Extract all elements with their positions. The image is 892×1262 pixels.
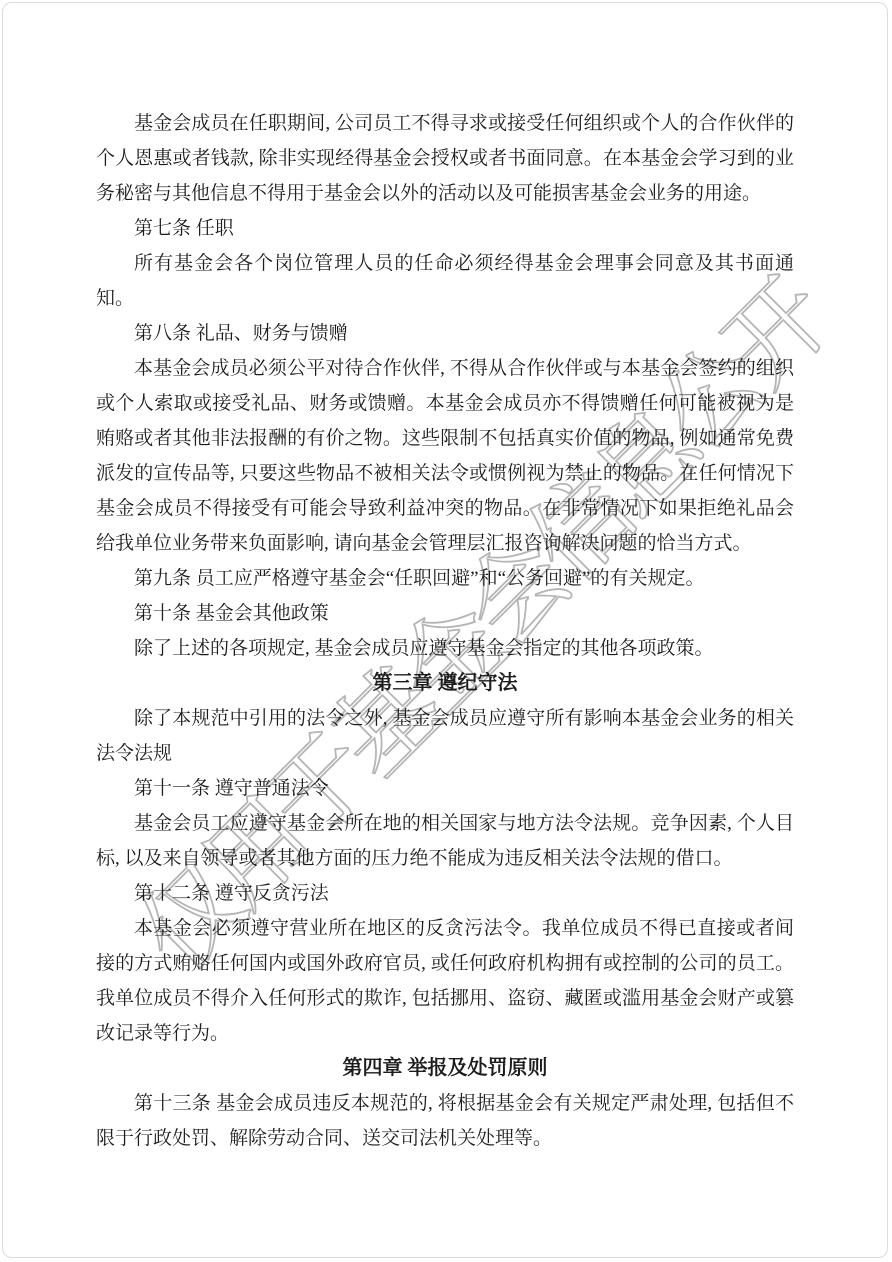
document-content: 基金会成员在任职期间, 公司员工不得寻求或接受任何组织或个人的合作伙伴的个人恩惠…: [96, 106, 794, 1156]
clause-7-body: 所有基金会各个岗位管理人员的任命必须经得基金会理事会同意及其书面通知。: [96, 246, 794, 316]
clause-10-title: 第十条 基金会其他政策: [96, 596, 794, 631]
clause-9: 第九条 员工应严格遵守基金会“任职回避”和“公务回避”的有关规定。: [96, 561, 794, 596]
document-page: 仅用于基金会信息公开 基金会成员在任职期间, 公司员工不得寻求或接受任何组织或个…: [2, 2, 888, 1258]
chapter-4-heading: 第四章 举报及处罚原则: [96, 1051, 794, 1086]
paragraph-confidentiality: 基金会成员在任职期间, 公司员工不得寻求或接受任何组织或个人的合作伙伴的个人恩惠…: [96, 106, 794, 211]
chapter-3-heading: 第三章 遵纪守法: [96, 666, 794, 701]
chapter-3-intro: 除了本规范中引用的法令之外, 基金会成员应遵守所有影响本基金会业务的相关法令法规: [96, 701, 794, 771]
clause-12-title: 第十二条 遵守反贪污法: [96, 876, 794, 911]
clause-10-body: 除了上述的各项规定, 基金会成员应遵守基金会指定的其他各项政策。: [96, 631, 794, 666]
clause-13: 第十三条 基金会成员违反本规范的, 将根据基金会有关规定严肃处理, 包括但不限于…: [96, 1086, 794, 1156]
clause-8-body: 本基金会成员必须公平对待合作伙伴, 不得从合作伙伴或与本基金会签约的组织或个人索…: [96, 351, 794, 561]
clause-8-title: 第八条 礼品、财务与馈赠: [96, 316, 794, 351]
clause-11-body: 基金会员工应遵守基金会所在地的相关国家与地方法令法规。竞争因素, 个人目标, 以…: [96, 806, 794, 876]
clause-7-title: 第七条 任职: [96, 211, 794, 246]
clause-11-title: 第十一条 遵守普通法令: [96, 771, 794, 806]
clause-12-body: 本基金会必须遵守营业所在地区的反贪污法令。我单位成员不得已直接或者间接的方式贿赂…: [96, 911, 794, 1051]
